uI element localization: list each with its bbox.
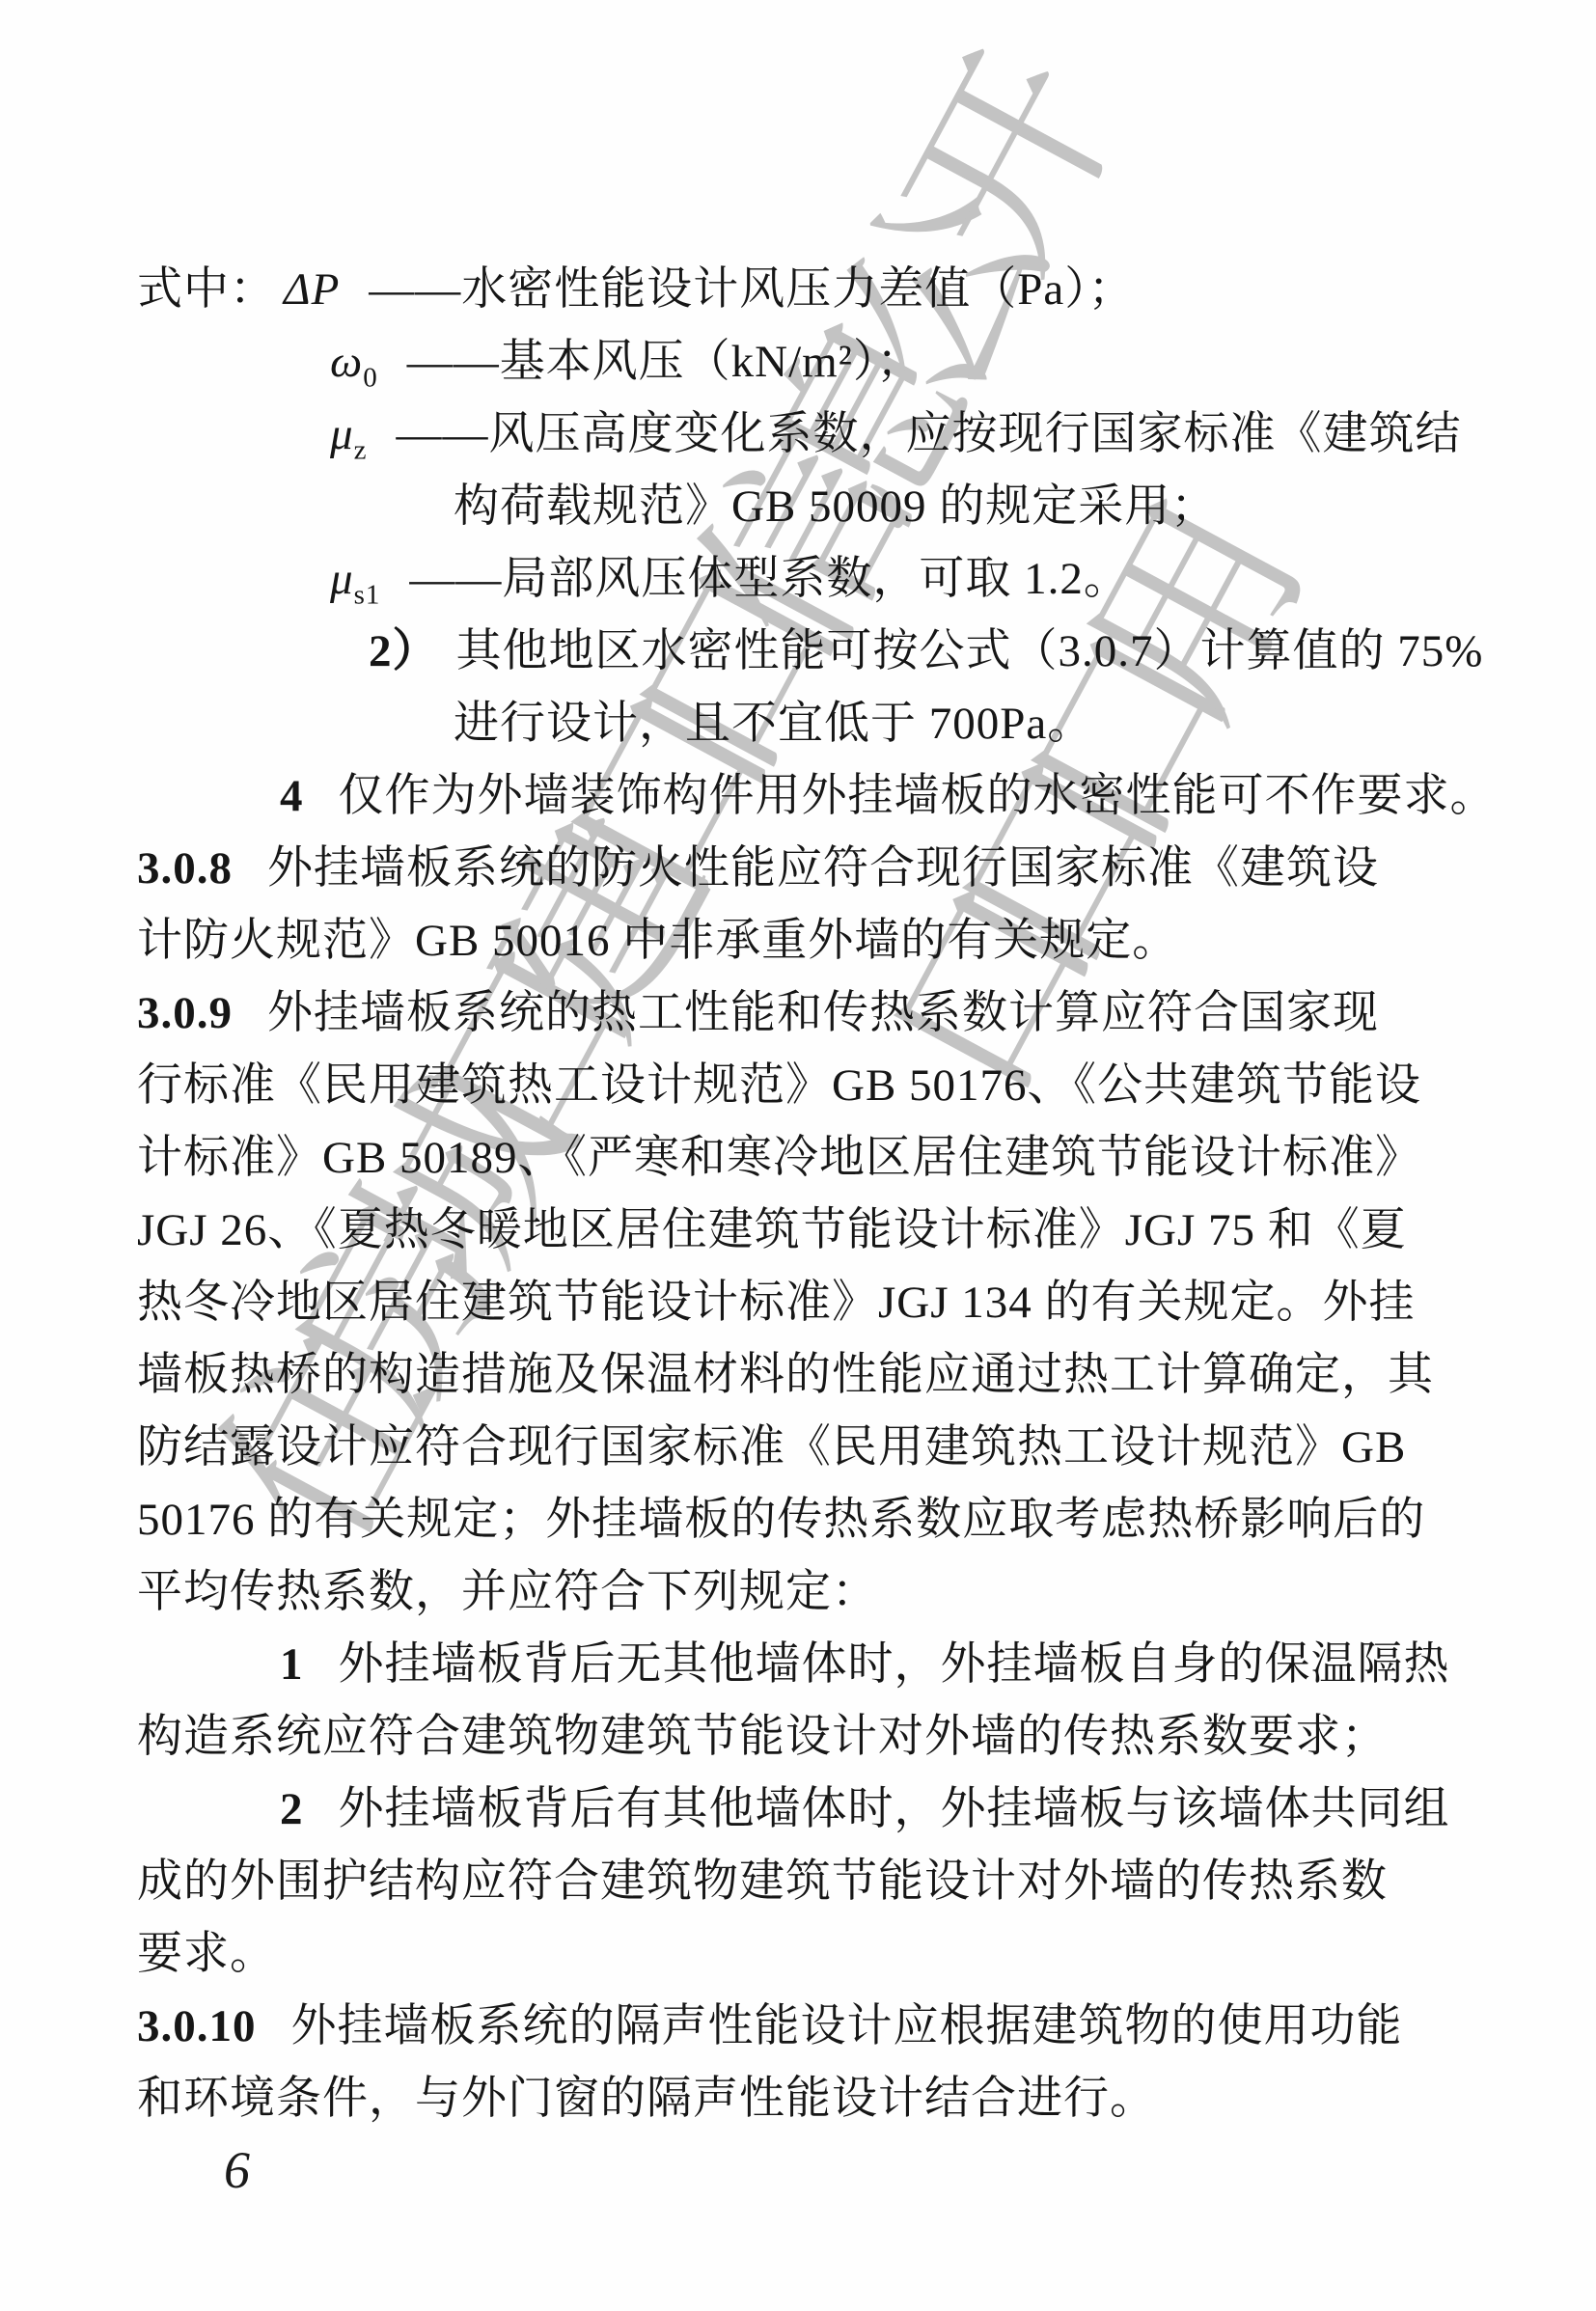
text-line: 式中：ΔP——水密性能设计风压力差值（Pa）； [137, 254, 1461, 326]
text-line: 成的外围护结构应符合建筑物建筑节能设计对外墙的传热系数 [137, 1846, 1461, 1918]
clause-number: 2 [280, 1784, 304, 1834]
text-line: 3.0.8外挂墙板系统的防火性能应符合现行国家标准《建筑设 [137, 833, 1461, 905]
symbol-mu-z: μz [330, 409, 367, 459]
clause-number: 1 [280, 1639, 304, 1690]
definition-text: ——局部风压体型系数，可取 1.2。 [409, 554, 1130, 604]
body-text: 外挂墙板系统的热工性能和传热系数计算应符合国家现 [267, 988, 1379, 1038]
body-text: 仅作为外墙装饰构件用外挂墙板的水密性能可不作要求。 [339, 771, 1497, 821]
body-text: 热冬冷地区居住建筑节能设计标准》JGJ 134 的有关规定。外挂 [137, 1278, 1416, 1328]
symbol-delta-p: ΔP [284, 264, 340, 315]
body-text: 进行设计，且不宜低于 700Pa。 [454, 699, 1093, 749]
body-text: 其他地区水密性能可按公式（3.0.7）计算值的 75% [456, 626, 1484, 676]
definition-text: ——基本风压（kN/m²）； [407, 337, 923, 387]
text-line: 进行设计，且不宜低于 700Pa。 [454, 688, 1461, 760]
definition-text: ——风压高度变化系数，应按现行国家标准《建筑结 [396, 409, 1461, 459]
clause-number: 2） [369, 626, 439, 676]
body-text: 平均传热系数，并应符合下列规定： [137, 1567, 878, 1617]
body-text: 成的外围护结构应符合建筑物建筑节能设计对外墙的传热系数 [137, 1857, 1388, 1907]
symbol-omega-0: ω0 [330, 337, 378, 387]
symbol-mu-s1: μs1 [330, 554, 380, 604]
text-line: 2外挂墙板背后有其他墙体时，外挂墙板与该墙体共同组 [280, 1774, 1461, 1846]
body-text: 计标准》GB 50189、《严寒和寒冷地区居住建筑节能设计标准》 [137, 1133, 1421, 1183]
body-text: 要求。 [137, 1929, 276, 1979]
text-line: 1外挂墙板背后无其他墙体时，外挂墙板自身的保温隔热 [280, 1629, 1461, 1701]
clause-number: 3.0.9 [137, 988, 233, 1038]
body-text: 外挂墙板背后有其他墙体时，外挂墙板与该墙体共同组 [339, 1784, 1450, 1834]
text-line: 计标准》GB 50189、《严寒和寒冷地区居住建筑节能设计标准》 [137, 1122, 1461, 1195]
body-text: 外挂墙板背后无其他墙体时，外挂墙板自身的保温隔热 [339, 1639, 1450, 1690]
text-line: 墙板热桥的构造措施及保温材料的性能应通过热工计算确定，其 [137, 1339, 1461, 1412]
text-line: 和环境条件，与外门窗的隔声性能设计结合进行。 [137, 2063, 1461, 2135]
definition-text: ——水密性能设计风压力差值（Pa）； [369, 264, 1135, 315]
body-text: 50176 的有关规定；外挂墙板的传热系数应取考虑热桥影响后的 [137, 1495, 1425, 1545]
body-text: 计防火规范》GB 50016 中非承重外墙的有关规定。 [137, 916, 1178, 966]
text-line: 行标准《民用建筑热工设计规范》GB 50176、《公共建筑节能设 [137, 1050, 1461, 1122]
text-line: 构造系统应符合建筑物建筑节能设计对外墙的传热系数要求； [137, 1701, 1461, 1774]
clause-number: 4 [280, 771, 304, 821]
page-number: 6 [224, 2140, 250, 2200]
text-line: 50176 的有关规定；外挂墙板的传热系数应取考虑热桥影响后的 [137, 1484, 1461, 1556]
body-text: 构造系统应符合建筑物建筑节能设计对外墙的传热系数要求； [137, 1712, 1388, 1762]
text-line: 平均传热系数，并应符合下列规定： [137, 1556, 1461, 1629]
document-page: 住房城口建口口信息公开 口口口用 式中：ΔP——水密性能设计风压力差值（Pa）；… [0, 0, 1596, 2311]
text-line: μs1——局部风压体型系数，可取 1.2。 [330, 543, 1461, 616]
body-text: 外挂墙板系统的隔声性能设计应根据建筑物的使用功能 [291, 2001, 1403, 2051]
body-text: 墙板热桥的构造措施及保温材料的性能应通过热工计算确定，其 [137, 1350, 1434, 1400]
text-line: μz——风压高度变化系数，应按现行国家标准《建筑结 [330, 399, 1461, 471]
text-line: 要求。 [137, 1918, 1461, 1991]
body-text: 行标准《民用建筑热工设计规范》GB 50176、《公共建筑节能设 [137, 1060, 1421, 1111]
text-line: 热冬冷地区居住建筑节能设计标准》JGJ 134 的有关规定。外挂 [137, 1267, 1461, 1339]
clause-number: 3.0.8 [137, 843, 233, 894]
body-text: 外挂墙板系统的防火性能应符合现行国家标准《建筑设 [267, 843, 1379, 894]
body-text: JGJ 26、《夏热冬暖地区居住建筑节能设计标准》JGJ 75 和《夏 [137, 1205, 1407, 1255]
text-line: 构荷载规范》GB 50009 的规定采用； [454, 471, 1461, 543]
body-text: 和环境条件，与外门窗的隔声性能设计结合进行。 [137, 2074, 1156, 2124]
text-line: 计防火规范》GB 50016 中非承重外墙的有关规定。 [137, 905, 1461, 977]
text-line: 3.0.10外挂墙板系统的隔声性能设计应根据建筑物的使用功能 [137, 1991, 1461, 2063]
text-line: 2）其他地区水密性能可按公式（3.0.7）计算值的 75% [369, 616, 1461, 688]
formula-where-label: 式中： [137, 264, 276, 315]
text-line: JGJ 26、《夏热冬暖地区居住建筑节能设计标准》JGJ 75 和《夏 [137, 1195, 1461, 1267]
text-line: ω0——基本风压（kN/m²）； [330, 326, 1461, 399]
document-body: 式中：ΔP——水密性能设计风压力差值（Pa）； ω0——基本风压（kN/m²）；… [137, 254, 1461, 2135]
body-text: 构荷载规范》GB 50009 的规定采用； [454, 481, 1217, 532]
text-line: 3.0.9外挂墙板系统的热工性能和传热系数计算应符合国家现 [137, 977, 1461, 1050]
text-line: 防结露设计应符合现行国家标准《民用建筑热工设计规范》GB [137, 1412, 1461, 1484]
text-line: 4仅作为外墙装饰构件用外挂墙板的水密性能可不作要求。 [280, 760, 1461, 833]
clause-number: 3.0.10 [137, 2001, 257, 2051]
body-text: 防结露设计应符合现行国家标准《民用建筑热工设计规范》GB [137, 1422, 1406, 1472]
